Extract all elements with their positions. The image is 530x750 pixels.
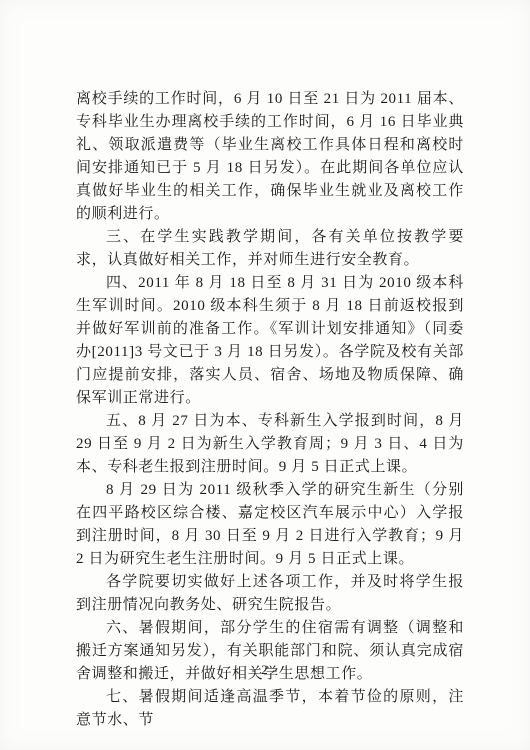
document-page: 离校手续的工作时间，6 月 10 日至 21 日为 2011 届本、专科毕业生办…: [0, 0, 530, 750]
document-body: 离校手续的工作时间，6 月 10 日至 21 日为 2011 届本、专科毕业生办…: [76, 88, 464, 732]
paragraph-item-3: 三、在学生实践教学期间，各有关单位按教学要求，认真做好相关工作，并对师生进行安全…: [76, 226, 464, 272]
page-number: - 2 -: [0, 662, 530, 678]
paragraph-item-5b: 8 月 29 日为 2011 级秋季入学的研究生新生（分别在四平路校区综合楼、嘉…: [76, 479, 464, 571]
paragraph-item-7: 七、暑假期间适逢高温季节，本着节俭的原则，注意节水、节: [76, 686, 464, 732]
paragraph-item-4: 四、2011 年 8 月 18 日至 8 月 31 日为 2010 级本科生军训…: [76, 272, 464, 410]
paragraph-continuation: 离校手续的工作时间，6 月 10 日至 21 日为 2011 届本、专科毕业生办…: [76, 88, 464, 226]
paragraph-item-5c: 各学院要切实做好上述各项工作，并及时将学生报到注册情况向教务处、研究生院报告。: [76, 571, 464, 617]
paragraph-item-5: 五、8 月 27 日为本、专科新生入学报到时间，8 月 29 日至 9 月 2 …: [76, 410, 464, 479]
